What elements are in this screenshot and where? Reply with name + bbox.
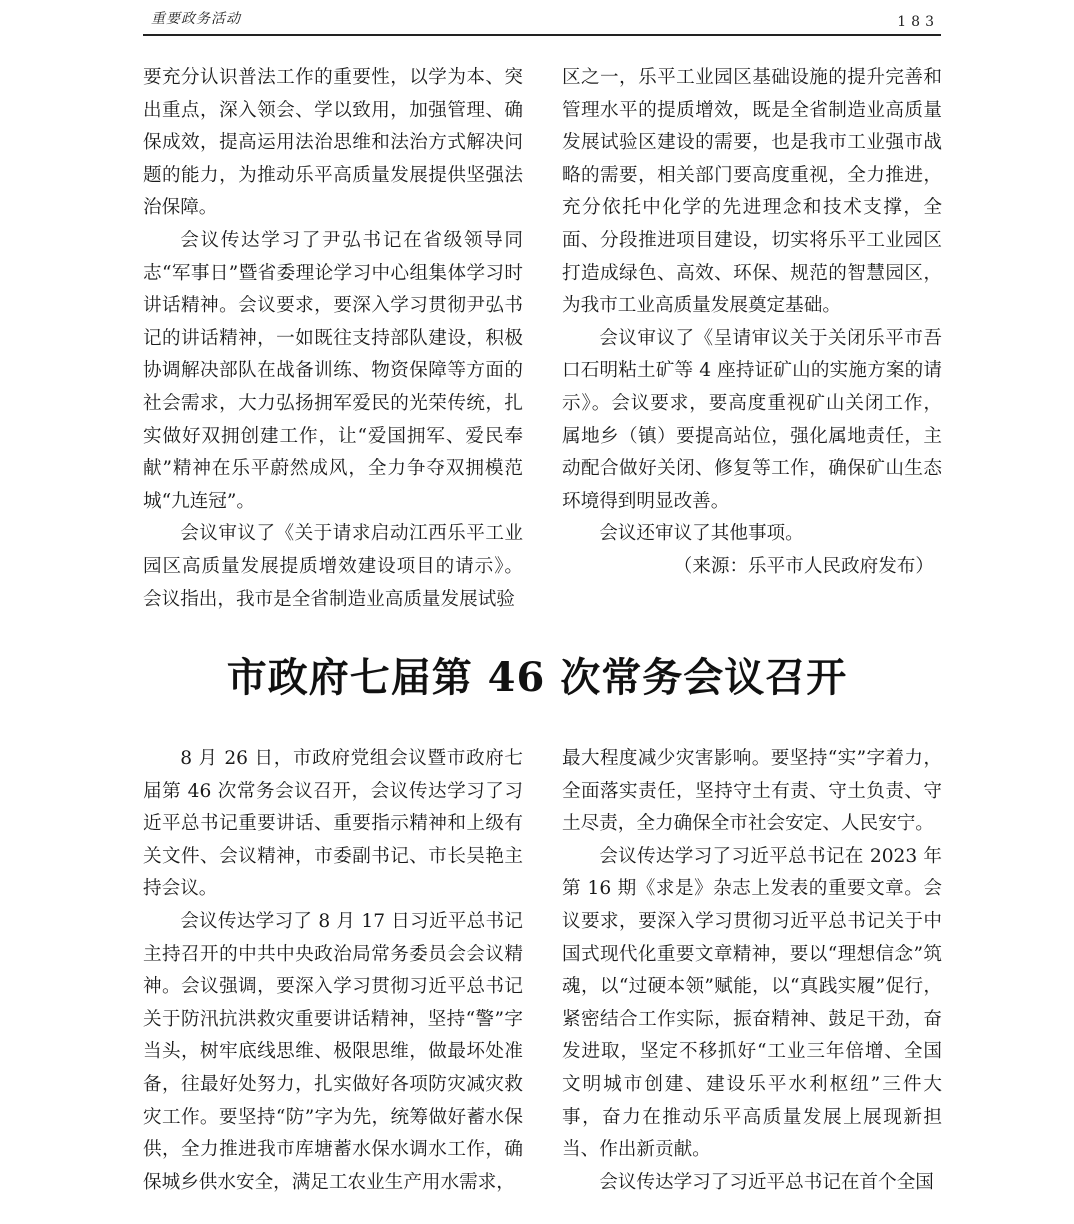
paragraph: 会议传达学习了 8 月 17 日习近平总书记主持召开的中共中央政治局常务委员会会… [143, 906, 523, 1199]
paragraph: 最大程度减少灾害影响。要坚持“实”字着力，全面落实责任，坚持守土有责、守土负责、… [562, 743, 942, 841]
running-header: 重要政务活动 183 [143, 0, 941, 36]
page-number: 183 [897, 14, 939, 30]
source-attribution: （来源：乐平市人民政府发布） [562, 551, 942, 584]
article1-right-column: 区之一，乐平工业园区基础设施的提升完善和管理水平的提质增效，既是全省制造业高质量… [562, 62, 942, 584]
paragraph: 会议传达学习了习近平总书记在 2023 年第 16 期《求是》杂志上发表的重要文… [562, 841, 942, 1167]
paragraph: 会议传达学习了习近平总书记在首个全国 [562, 1167, 942, 1200]
article2-right-column: 最大程度减少灾害影响。要坚持“实”字着力，全面落实责任，坚持守土有责、守土负责、… [562, 743, 942, 1199]
article2-left-column: 8 月 26 日，市政府党组会议暨市政府七届第 46 次常务会议召开，会议传达学… [143, 743, 523, 1199]
paragraph: 区之一，乐平工业园区基础设施的提升完善和管理水平的提质增效，既是全省制造业高质量… [562, 62, 942, 323]
paragraph: 8 月 26 日，市政府党组会议暨市政府七届第 46 次常务会议召开，会议传达学… [143, 743, 523, 906]
paragraph: 会议传达学习了尹弘书记在省级领导同志“军事日”暨省委理论学习中心组集体学习时讲话… [143, 225, 523, 518]
article-title: 市政府七届第 46 次常务会议召开 [0, 646, 1074, 703]
article1-left-column: 要充分认识普法工作的重要性，以学为本、突出重点，深入领会、学以致用，加强管理、确… [143, 62, 523, 616]
paragraph: 会议审议了《关于请求启动江西乐平工业园区高质量发展提质增效建设项目的请示》。会议… [143, 518, 523, 616]
paragraph: 要充分认识普法工作的重要性，以学为本、突出重点，深入领会、学以致用，加强管理、确… [143, 62, 523, 225]
paragraph: 会议还审议了其他事项。 [562, 518, 942, 551]
section-title: 重要政务活动 [151, 8, 241, 28]
paragraph: 会议审议了《呈请审议关于关闭乐平市吾口石明粘土矿等 4 座持证矿山的实施方案的请… [562, 323, 942, 519]
